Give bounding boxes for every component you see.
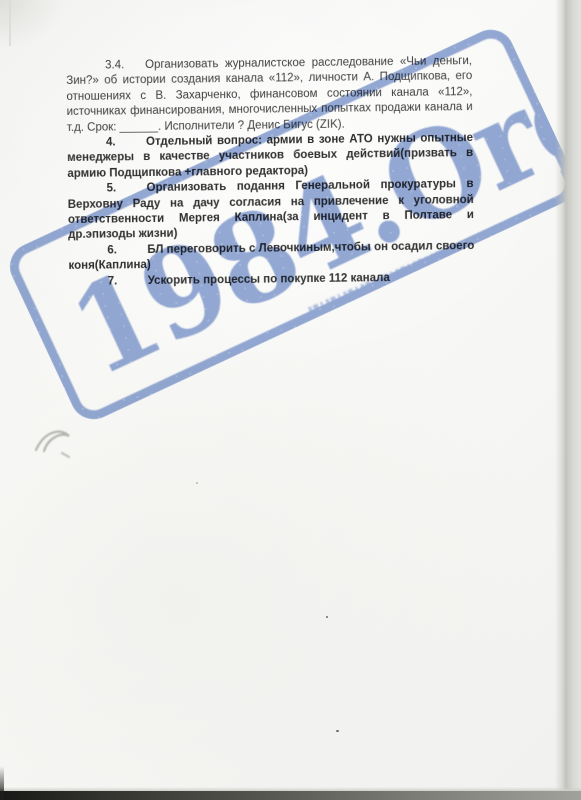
paragraph-number: 3.4. [105,58,145,74]
scanned-page: 3.4.Организовать журналистское расследов… [0,0,581,800]
scan-edge-left-corner [0,766,4,800]
scan-edge-right [555,0,581,800]
dust-speck [196,482,198,484]
dust-speck [336,730,339,732]
scan-edge-bottom [0,791,581,800]
scanner-scratch [9,0,11,46]
paragraph-number: 4. [106,135,146,151]
pencil-smudge [32,424,84,464]
dust-speck [326,616,328,618]
